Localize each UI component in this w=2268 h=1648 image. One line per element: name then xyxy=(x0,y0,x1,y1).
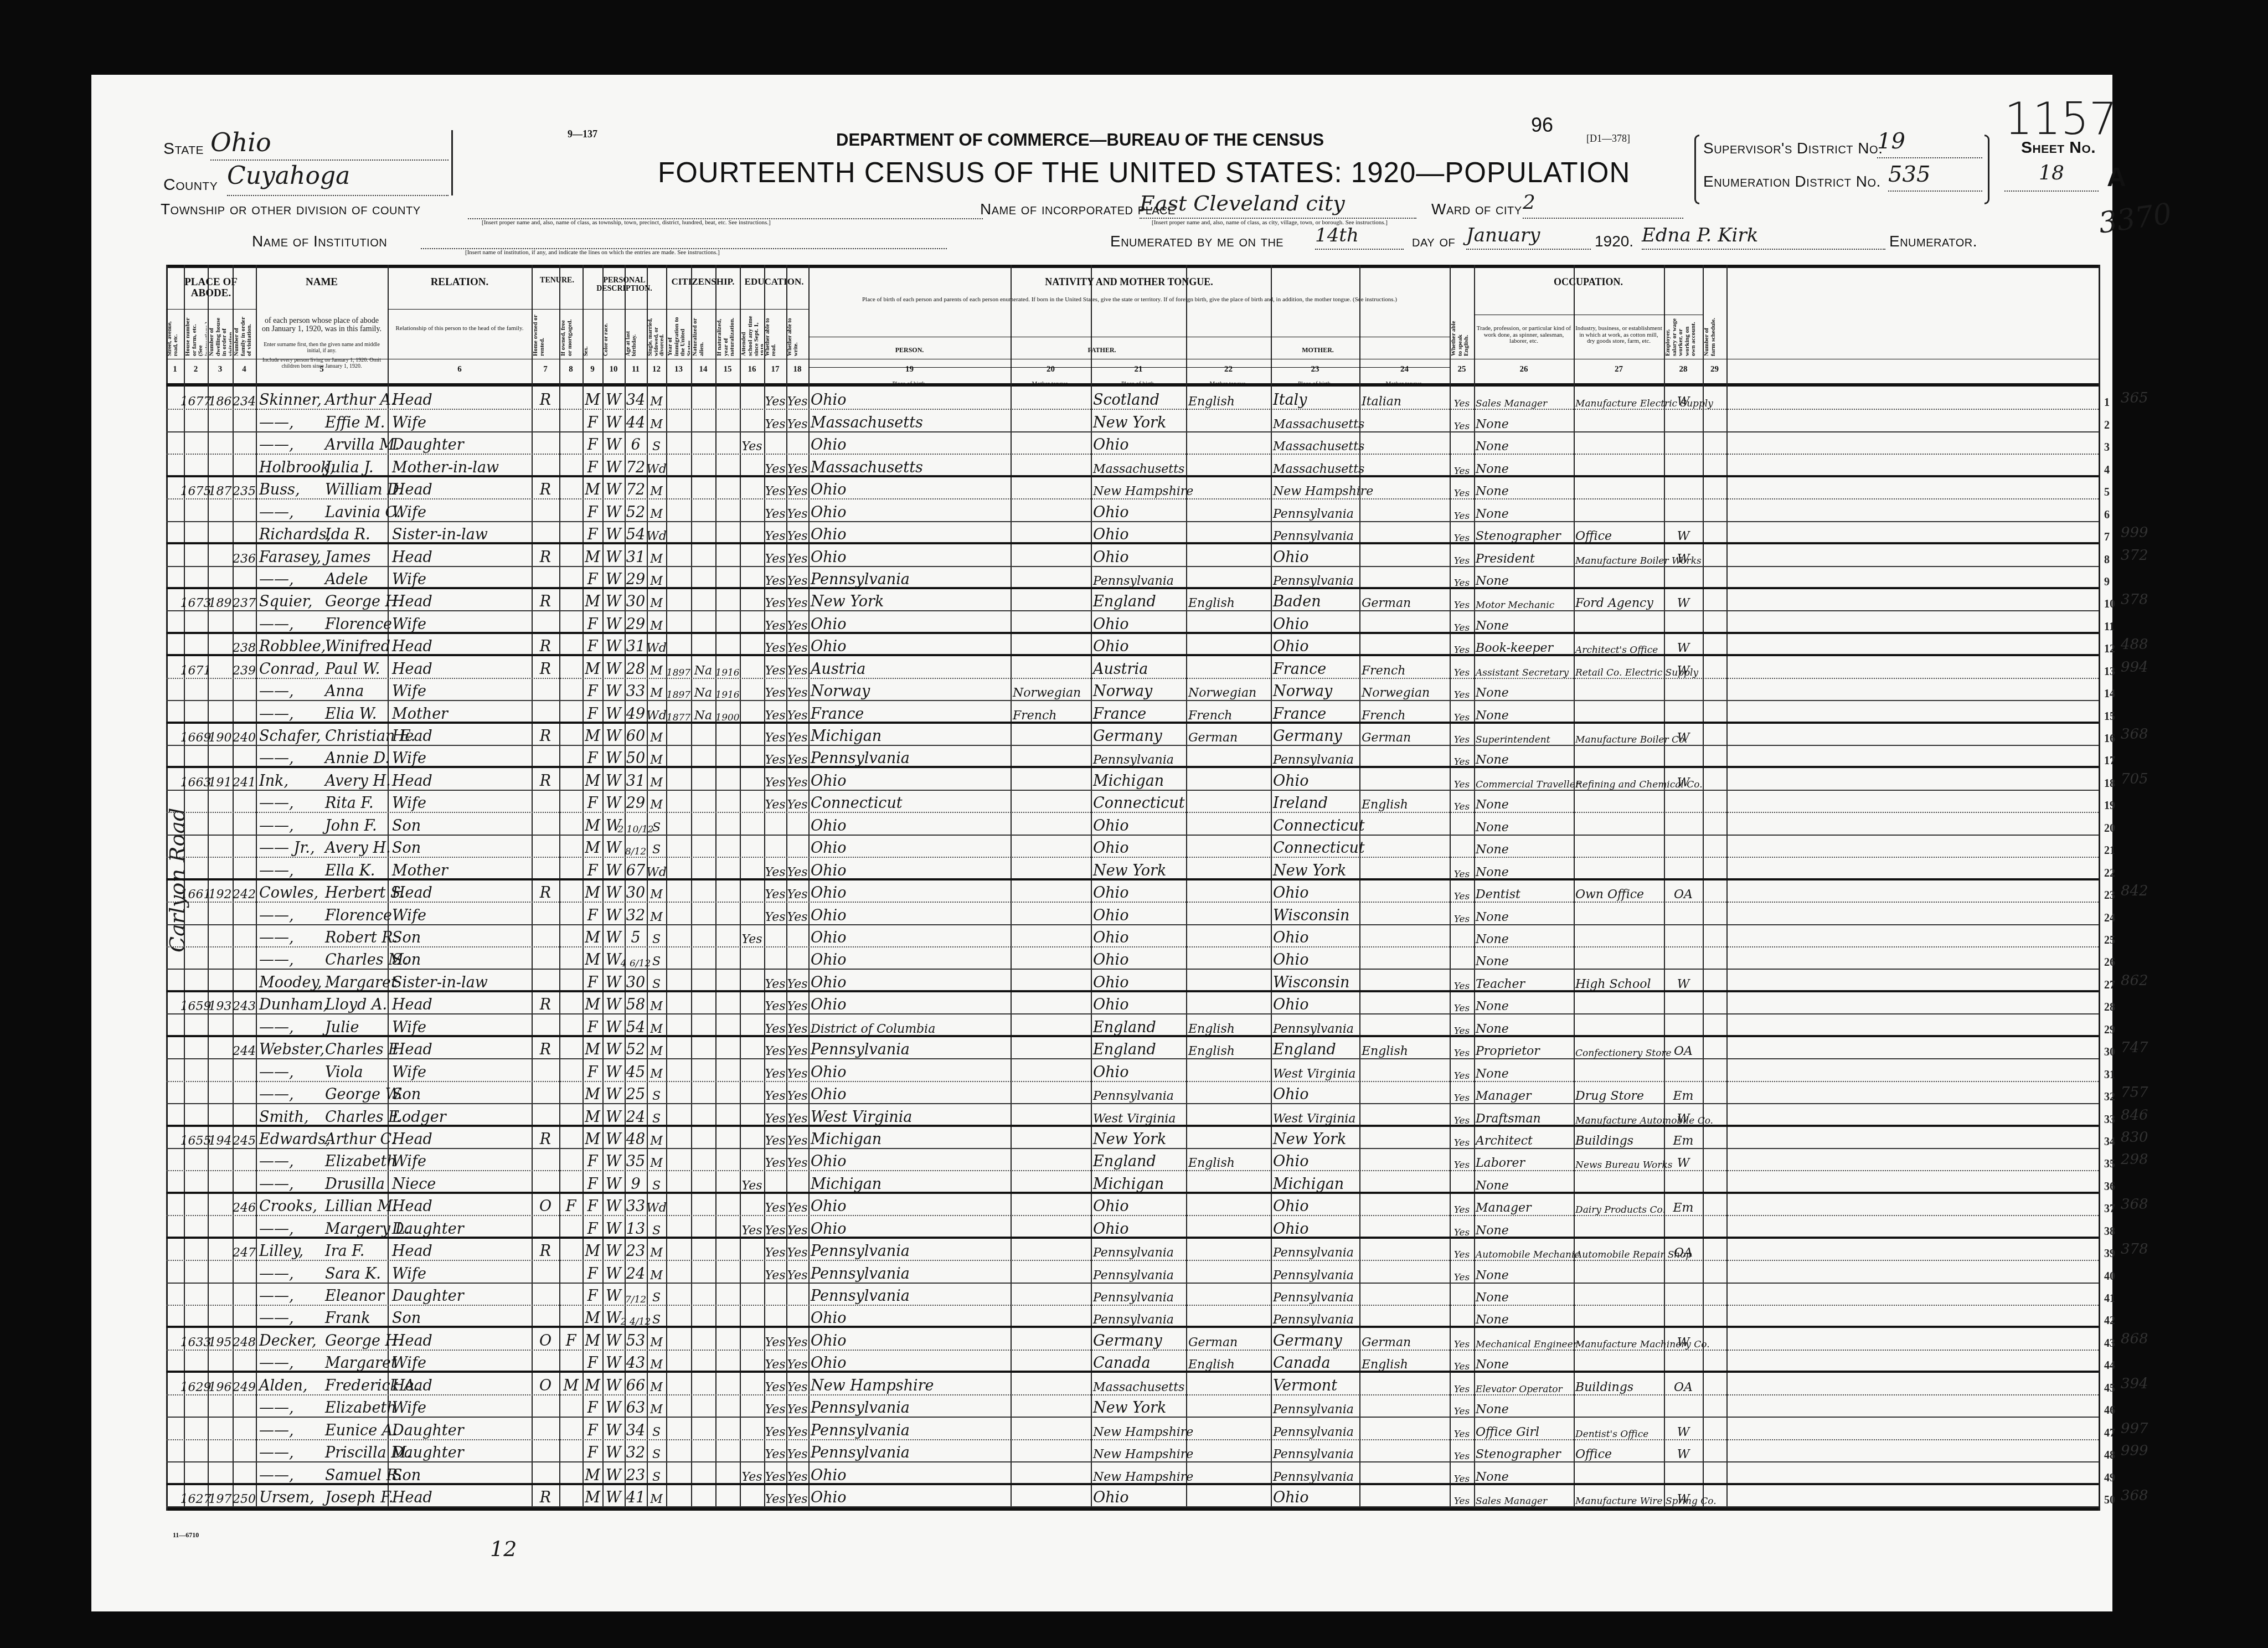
margin-occupation-code: 997 xyxy=(2121,1420,2148,1437)
free-or-mortgaged xyxy=(559,544,583,566)
occupation-trade: Sales Manager xyxy=(1476,388,1574,410)
year-of-immigration xyxy=(666,1440,691,1462)
family-number xyxy=(233,1171,256,1193)
person-mother-tongue xyxy=(1013,455,1091,477)
father-place-of-birth: Ohio xyxy=(1093,544,1186,566)
father-mother-tongue xyxy=(1188,1059,1271,1081)
free-or-mortgaged xyxy=(559,634,583,656)
able-to-speak-english: Yes xyxy=(1450,1104,1474,1126)
year-of-naturalization xyxy=(715,432,740,455)
table-row: ——,John F.SonMW2 10/12SOhioOhioConnectic… xyxy=(0,813,2268,835)
able-to-speak-english: Yes xyxy=(1450,477,1474,499)
sex: F xyxy=(583,970,602,992)
marital-status: M xyxy=(647,589,666,611)
group-father: FATHER. xyxy=(1011,347,1193,354)
sex: M xyxy=(583,836,602,858)
naturalized xyxy=(691,544,715,566)
naturalized xyxy=(691,1284,715,1306)
given-name: Ida R. xyxy=(325,522,388,544)
year-of-immigration xyxy=(666,947,691,970)
marital-status: S xyxy=(647,947,666,970)
dwelling-number xyxy=(208,858,233,880)
surname: Lilley, xyxy=(259,1239,321,1261)
dwelling-number xyxy=(208,1261,233,1283)
able-to-read: Yes xyxy=(764,992,786,1014)
person-mother-tongue xyxy=(1013,1462,1091,1485)
year-of-naturalization xyxy=(715,880,740,903)
sex: M xyxy=(583,1082,602,1104)
year-of-immigration xyxy=(666,1462,691,1485)
home-owned-or-rented xyxy=(532,567,559,589)
year-of-immigration xyxy=(666,1216,691,1238)
person-place-of-birth: New York xyxy=(811,589,1011,611)
age: 58 xyxy=(625,992,647,1014)
table-row: ——,MargaretWifeFW43MYesYesOhioCanadaEngl… xyxy=(0,1351,2268,1373)
mother-place-of-birth: New Hampshire xyxy=(1273,477,1359,499)
sex: F xyxy=(583,1418,602,1440)
sex: F xyxy=(583,1440,602,1462)
house-number xyxy=(184,858,208,880)
year-of-naturalization xyxy=(715,1082,740,1104)
family-number: 242 xyxy=(233,880,256,903)
given-name: Ira F. xyxy=(325,1239,388,1261)
attended-school: Yes xyxy=(740,1462,764,1485)
father-mother-tongue xyxy=(1188,1194,1271,1216)
year-of-immigration xyxy=(666,499,691,522)
father-mother-tongue xyxy=(1188,1216,1271,1238)
column-header-6: Relationship of this person to the head … xyxy=(389,326,530,332)
color-or-race: W xyxy=(602,1395,625,1418)
line-number: 45 xyxy=(2104,1382,2115,1395)
free-or-mortgaged xyxy=(559,813,583,835)
age: 34 xyxy=(625,388,647,410)
attended-school xyxy=(740,455,764,477)
dwelling-number: 191 xyxy=(208,768,233,790)
occupation-industry: Manufacture Automobile Co. xyxy=(1575,1104,1664,1126)
able-to-read xyxy=(764,1284,786,1306)
person-place-of-birth: Ohio xyxy=(811,1328,1011,1350)
mother-place-of-birth: Ohio xyxy=(1273,768,1359,790)
year-of-immigration xyxy=(666,880,691,903)
margin-occupation-code: 298 xyxy=(2121,1151,2148,1168)
house-number xyxy=(184,499,208,522)
home-owned-or-rented: R xyxy=(532,880,559,903)
free-or-mortgaged xyxy=(559,724,583,746)
marital-status: M xyxy=(647,1485,666,1507)
family-number: 236 xyxy=(233,544,256,566)
naturalized xyxy=(691,611,715,634)
mother-place-of-birth: Pennsylvania xyxy=(1273,746,1359,768)
line-number: 30 xyxy=(2104,1046,2115,1059)
marital-status: M xyxy=(647,1127,666,1149)
naturalized xyxy=(691,567,715,589)
surname: ——, xyxy=(259,813,321,835)
person-place-of-birth: Ohio xyxy=(811,477,1011,499)
home-owned-or-rented xyxy=(532,1462,559,1485)
home-owned-or-rented xyxy=(532,1082,559,1104)
employer-class xyxy=(1664,1462,1703,1485)
free-or-mortgaged xyxy=(559,903,583,925)
father-mother-tongue xyxy=(1188,656,1271,678)
occupation-trade: Sales Manager xyxy=(1476,1485,1574,1507)
color-or-race: W xyxy=(602,1373,625,1395)
naturalized xyxy=(691,813,715,835)
color-or-race: W xyxy=(602,1104,625,1126)
home-owned-or-rented: R xyxy=(532,992,559,1014)
sex: F xyxy=(583,432,602,455)
surname: ——, xyxy=(259,1014,321,1037)
mother-place-of-birth: Pennsylvania xyxy=(1273,1395,1359,1418)
year-of-naturalization xyxy=(715,1328,740,1350)
able-to-speak-english: Yes xyxy=(1450,455,1474,477)
family-number xyxy=(233,746,256,768)
attended-school xyxy=(740,1261,764,1283)
surname: ——, xyxy=(259,679,321,701)
able-to-write xyxy=(786,925,808,947)
person-place-of-birth: Ohio xyxy=(811,925,1011,947)
sex: F xyxy=(583,791,602,813)
color-or-race: W xyxy=(602,679,625,701)
father-mother-tongue xyxy=(1188,1239,1271,1261)
column-header-29: Number of farm schedule. xyxy=(1704,315,1725,356)
sex: F xyxy=(583,1395,602,1418)
able-to-speak-english: Yes xyxy=(1450,410,1474,432)
mother-mother-tongue xyxy=(1362,432,1450,455)
person-place-of-birth: Ohio xyxy=(811,1351,1011,1373)
employer-class xyxy=(1664,1261,1703,1283)
family-number xyxy=(233,1149,256,1171)
line-number: 24 xyxy=(2104,912,2115,925)
sex: M xyxy=(583,1485,602,1507)
color-or-race: W xyxy=(602,1462,625,1485)
occupation-trade: Commercial Traveller xyxy=(1476,768,1574,790)
naturalized xyxy=(691,992,715,1014)
surname: ——, xyxy=(259,903,321,925)
margin-occupation-code: 999 xyxy=(2121,1443,2148,1459)
column-number-3: 3 xyxy=(208,365,233,374)
age: 2 4/12 xyxy=(625,1306,647,1328)
margin-occupation-code: 994 xyxy=(2121,659,2148,676)
sex: F xyxy=(583,567,602,589)
father-mother-tongue xyxy=(1188,1171,1271,1193)
line-number: 10 xyxy=(2104,598,2115,611)
color-or-race: W xyxy=(602,858,625,880)
given-name: Arthur A. xyxy=(325,388,388,410)
naturalized xyxy=(691,880,715,903)
marital-status: M xyxy=(647,1261,666,1283)
employer-class: Em xyxy=(1664,1127,1703,1149)
person-mother-tongue xyxy=(1013,1216,1091,1238)
subgroup-rule xyxy=(166,309,256,310)
able-to-write: Yes xyxy=(786,455,808,477)
surname: Moodey, xyxy=(259,970,321,992)
table-row: ——,Arvilla M.DaughterFW6SYesOhioOhioMass… xyxy=(0,432,2268,455)
column-number-10: 10 xyxy=(602,365,625,374)
person-place-of-birth: Michigan xyxy=(811,1171,1011,1193)
age: 53 xyxy=(625,1328,647,1350)
color-or-race: W xyxy=(602,1082,625,1104)
occupation-industry: Architect's Office xyxy=(1575,634,1664,656)
person-place-of-birth: Ohio xyxy=(811,880,1011,903)
table-row: 1633195248Decker,George H.HeadOFMW53MYes… xyxy=(0,1328,2268,1350)
dwelling-number xyxy=(208,1082,233,1104)
subgroup-rule xyxy=(388,309,532,310)
year-of-naturalization xyxy=(715,1373,740,1395)
home-owned-or-rented xyxy=(532,432,559,455)
marital-status: S xyxy=(647,1462,666,1485)
home-owned-or-rented: R xyxy=(532,634,559,656)
relation: Head xyxy=(392,1037,532,1059)
father-mother-tongue xyxy=(1188,634,1271,656)
employer-class: OA xyxy=(1664,1373,1703,1395)
line-number: 15 xyxy=(2104,710,2115,723)
able-to-write xyxy=(786,947,808,970)
marital-status: Wd xyxy=(647,522,666,544)
free-or-mortgaged xyxy=(559,1395,583,1418)
house-number xyxy=(184,970,208,992)
marital-status: M xyxy=(647,388,666,410)
attended-school xyxy=(740,1284,764,1306)
house-number: 1659 xyxy=(184,992,208,1014)
father-place-of-birth: West Virginia xyxy=(1093,1104,1186,1126)
mother-mother-tongue xyxy=(1362,499,1450,522)
color-or-race: W xyxy=(602,1284,625,1306)
marital-status: M xyxy=(647,880,666,903)
occupation-trade: None xyxy=(1476,836,1574,858)
sex: F xyxy=(583,679,602,701)
family-number xyxy=(233,970,256,992)
year-of-naturalization xyxy=(715,1462,740,1485)
given-name: Elizabeth xyxy=(325,1149,388,1171)
home-owned-or-rented xyxy=(532,1171,559,1193)
color-or-race: W xyxy=(602,836,625,858)
dwelling-number: 193 xyxy=(208,992,233,1014)
house-number xyxy=(184,1462,208,1485)
father-mother-tongue xyxy=(1188,522,1271,544)
home-owned-or-rented xyxy=(532,701,559,723)
relation: Daughter xyxy=(392,1418,532,1440)
line-number: 21 xyxy=(2104,844,2115,857)
given-name: Florence xyxy=(325,903,388,925)
relation: Mother xyxy=(392,701,532,723)
free-or-mortgaged xyxy=(559,1037,583,1059)
dwelling-number xyxy=(208,970,233,992)
relation: Wife xyxy=(392,746,532,768)
sex: M xyxy=(583,1328,602,1350)
relation: Wife xyxy=(392,1261,532,1283)
line-number: 46 xyxy=(2104,1404,2115,1417)
dwelling-number xyxy=(208,1059,233,1081)
occupation-trade: None xyxy=(1476,791,1574,813)
employer-class xyxy=(1664,455,1703,477)
person-place-of-birth: Ohio xyxy=(811,836,1011,858)
color-or-race: W xyxy=(602,611,625,634)
mother-place-of-birth: Ohio xyxy=(1273,634,1359,656)
margin-occupation-code: 394 xyxy=(2121,1376,2148,1392)
relation: Sister-in-law xyxy=(392,522,532,544)
person-place-of-birth: Massachusetts xyxy=(811,410,1011,432)
occupation-industry xyxy=(1575,1171,1664,1193)
father-place-of-birth: New York xyxy=(1093,858,1186,880)
home-owned-or-rented xyxy=(532,903,559,925)
relation: Daughter xyxy=(392,1440,532,1462)
able-to-write xyxy=(786,1171,808,1193)
person-mother-tongue xyxy=(1013,432,1091,455)
home-owned-or-rented: R xyxy=(532,656,559,678)
attended-school: Yes xyxy=(740,432,764,455)
able-to-write: Yes xyxy=(786,701,808,723)
family-number: 250 xyxy=(233,1485,256,1507)
age: 4 6/12 xyxy=(625,947,647,970)
attended-school xyxy=(740,701,764,723)
marital-status: M xyxy=(647,746,666,768)
house-number: 1629 xyxy=(184,1373,208,1395)
dwelling-number xyxy=(208,1395,233,1418)
given-name: Samuel R. xyxy=(325,1462,388,1485)
surname: ——, xyxy=(259,1059,321,1081)
table-row: ——,Eunice A.DaughterFW34SYesYesPennsylva… xyxy=(0,1418,2268,1440)
family-number xyxy=(233,1351,256,1373)
employer-class: W xyxy=(1664,1440,1703,1462)
father-place-of-birth: New Hampshire xyxy=(1093,1440,1186,1462)
father-place-of-birth: Ohio xyxy=(1093,1485,1186,1507)
employer-class xyxy=(1664,1171,1703,1193)
house-number xyxy=(184,1216,208,1238)
occupation-industry xyxy=(1575,611,1664,634)
occupation-trade: Superintendent xyxy=(1476,724,1574,746)
given-name: George H. xyxy=(325,589,388,611)
year-of-immigration: 1877 xyxy=(666,701,691,723)
able-to-read: Yes xyxy=(764,880,786,903)
table-row: Smith,Charles F.LodgerMW24SYesYesWest Vi… xyxy=(0,1104,2268,1126)
house-number xyxy=(184,1351,208,1373)
marital-status: M xyxy=(647,903,666,925)
mother-mother-tongue: English xyxy=(1362,1037,1450,1059)
table-row: ——,ElizabethWifeFW35MYesYesOhioEnglandEn… xyxy=(0,1149,2268,1171)
person-place-of-birth: Ohio xyxy=(811,634,1011,656)
table-row: ——,Margery L.DaughterFW13SYesYesYesOhioO… xyxy=(0,1216,2268,1238)
table-row: ——,FrankSonMW2 4/12SOhioPennsylvaniaPenn… xyxy=(0,1306,2268,1328)
line-number: 1 xyxy=(2104,396,2110,409)
group-tenure: TENURE. xyxy=(532,277,583,285)
mother-mother-tongue xyxy=(1362,1395,1450,1418)
father-place-of-birth: England xyxy=(1093,589,1186,611)
able-to-write: Yes xyxy=(786,1328,808,1350)
table-row: 1677186234Skinner,Arthur A.HeadRMW34MYes… xyxy=(0,388,2268,410)
surname: Crooks, xyxy=(259,1194,321,1216)
marital-status: M xyxy=(647,1014,666,1037)
sex: F xyxy=(583,1284,602,1306)
occupation-trade: None xyxy=(1476,432,1574,455)
age: 33 xyxy=(625,1194,647,1216)
able-to-read: Yes xyxy=(764,544,786,566)
surname: Ink, xyxy=(259,768,321,790)
column-number-11: 11 xyxy=(625,365,647,374)
person-place-of-birth: Ohio xyxy=(811,544,1011,566)
house-number xyxy=(184,455,208,477)
person-place-of-birth: Pennsylvania xyxy=(811,1239,1011,1261)
occupation-trade: None xyxy=(1476,1284,1574,1306)
dwelling-number: 189 xyxy=(208,589,233,611)
given-name: Lloyd A. xyxy=(325,992,388,1014)
person-mother-tongue xyxy=(1013,1418,1091,1440)
free-or-mortgaged xyxy=(559,970,583,992)
surname: ——, xyxy=(259,1462,321,1485)
father-mother-tongue xyxy=(1188,1284,1271,1306)
mother-place-of-birth: Canada xyxy=(1273,1351,1359,1373)
color-or-race: W xyxy=(602,432,625,455)
free-or-mortgaged xyxy=(559,768,583,790)
occupation-industry: Retail Co. Electric Supply xyxy=(1575,656,1664,678)
table-row: 238Robblee,WinifredHeadRFW31WdYesYesOhio… xyxy=(0,634,2268,656)
relation: Son xyxy=(392,1306,532,1328)
mother-place-of-birth: Pennsylvania xyxy=(1273,1261,1359,1283)
sex: F xyxy=(583,522,602,544)
naturalized xyxy=(691,1462,715,1485)
table-row: 1673189237Squier,George H.HeadRMW30MYesY… xyxy=(0,589,2268,611)
surname: Robblee, xyxy=(259,634,321,656)
column-header-16: Attended school any time since Sept. 1, … xyxy=(741,315,763,356)
able-to-speak-english: Yes xyxy=(1450,1194,1474,1216)
house-number xyxy=(184,544,208,566)
age: 33 xyxy=(625,679,647,701)
naturalized xyxy=(691,1485,715,1507)
mother-mother-tongue xyxy=(1362,1485,1450,1507)
employer-class xyxy=(1664,903,1703,925)
house-number xyxy=(184,1014,208,1037)
table-row: 1675187235Buss,William D.HeadRMW72MYesYe… xyxy=(0,477,2268,499)
occupation-industry xyxy=(1575,1284,1664,1306)
mother-mother-tongue xyxy=(1362,970,1450,992)
father-mother-tongue xyxy=(1188,499,1271,522)
mother-mother-tongue xyxy=(1362,768,1450,790)
relation: Head xyxy=(392,1328,532,1350)
margin-occupation-code: 757 xyxy=(2121,1084,2148,1101)
home-owned-or-rented xyxy=(532,522,559,544)
able-to-write xyxy=(786,432,808,455)
attended-school xyxy=(740,1351,764,1373)
able-to-write: Yes xyxy=(786,791,808,813)
family-number xyxy=(233,1395,256,1418)
person-mother-tongue xyxy=(1013,858,1091,880)
home-owned-or-rented xyxy=(532,947,559,970)
table-row: ——,Priscilla M.DaughterFW32SYesYesPennsy… xyxy=(0,1440,2268,1462)
sex: M xyxy=(583,947,602,970)
free-or-mortgaged: F xyxy=(559,1194,583,1216)
father-place-of-birth: France xyxy=(1093,701,1186,723)
marital-status: M xyxy=(647,611,666,634)
year-of-naturalization xyxy=(715,1149,740,1171)
able-to-speak-english: Yes xyxy=(1450,1059,1474,1081)
year-of-immigration xyxy=(666,903,691,925)
relation: Head xyxy=(392,1239,532,1261)
age: 34 xyxy=(625,1418,647,1440)
given-name: Adele xyxy=(325,567,388,589)
mother-mother-tongue xyxy=(1362,925,1450,947)
sex: F xyxy=(583,1351,602,1373)
able-to-speak-english: Yes xyxy=(1450,589,1474,611)
marital-status: M xyxy=(647,992,666,1014)
able-to-speak-english: Yes xyxy=(1450,992,1474,1014)
home-owned-or-rented xyxy=(532,813,559,835)
mother-place-of-birth: Ohio xyxy=(1273,544,1359,566)
marital-status: S xyxy=(647,432,666,455)
naturalized xyxy=(691,1373,715,1395)
column-number-15: 15 xyxy=(715,365,740,374)
mother-place-of-birth: Ohio xyxy=(1273,1216,1359,1238)
age: 67 xyxy=(625,858,647,880)
employer-class: W xyxy=(1664,724,1703,746)
